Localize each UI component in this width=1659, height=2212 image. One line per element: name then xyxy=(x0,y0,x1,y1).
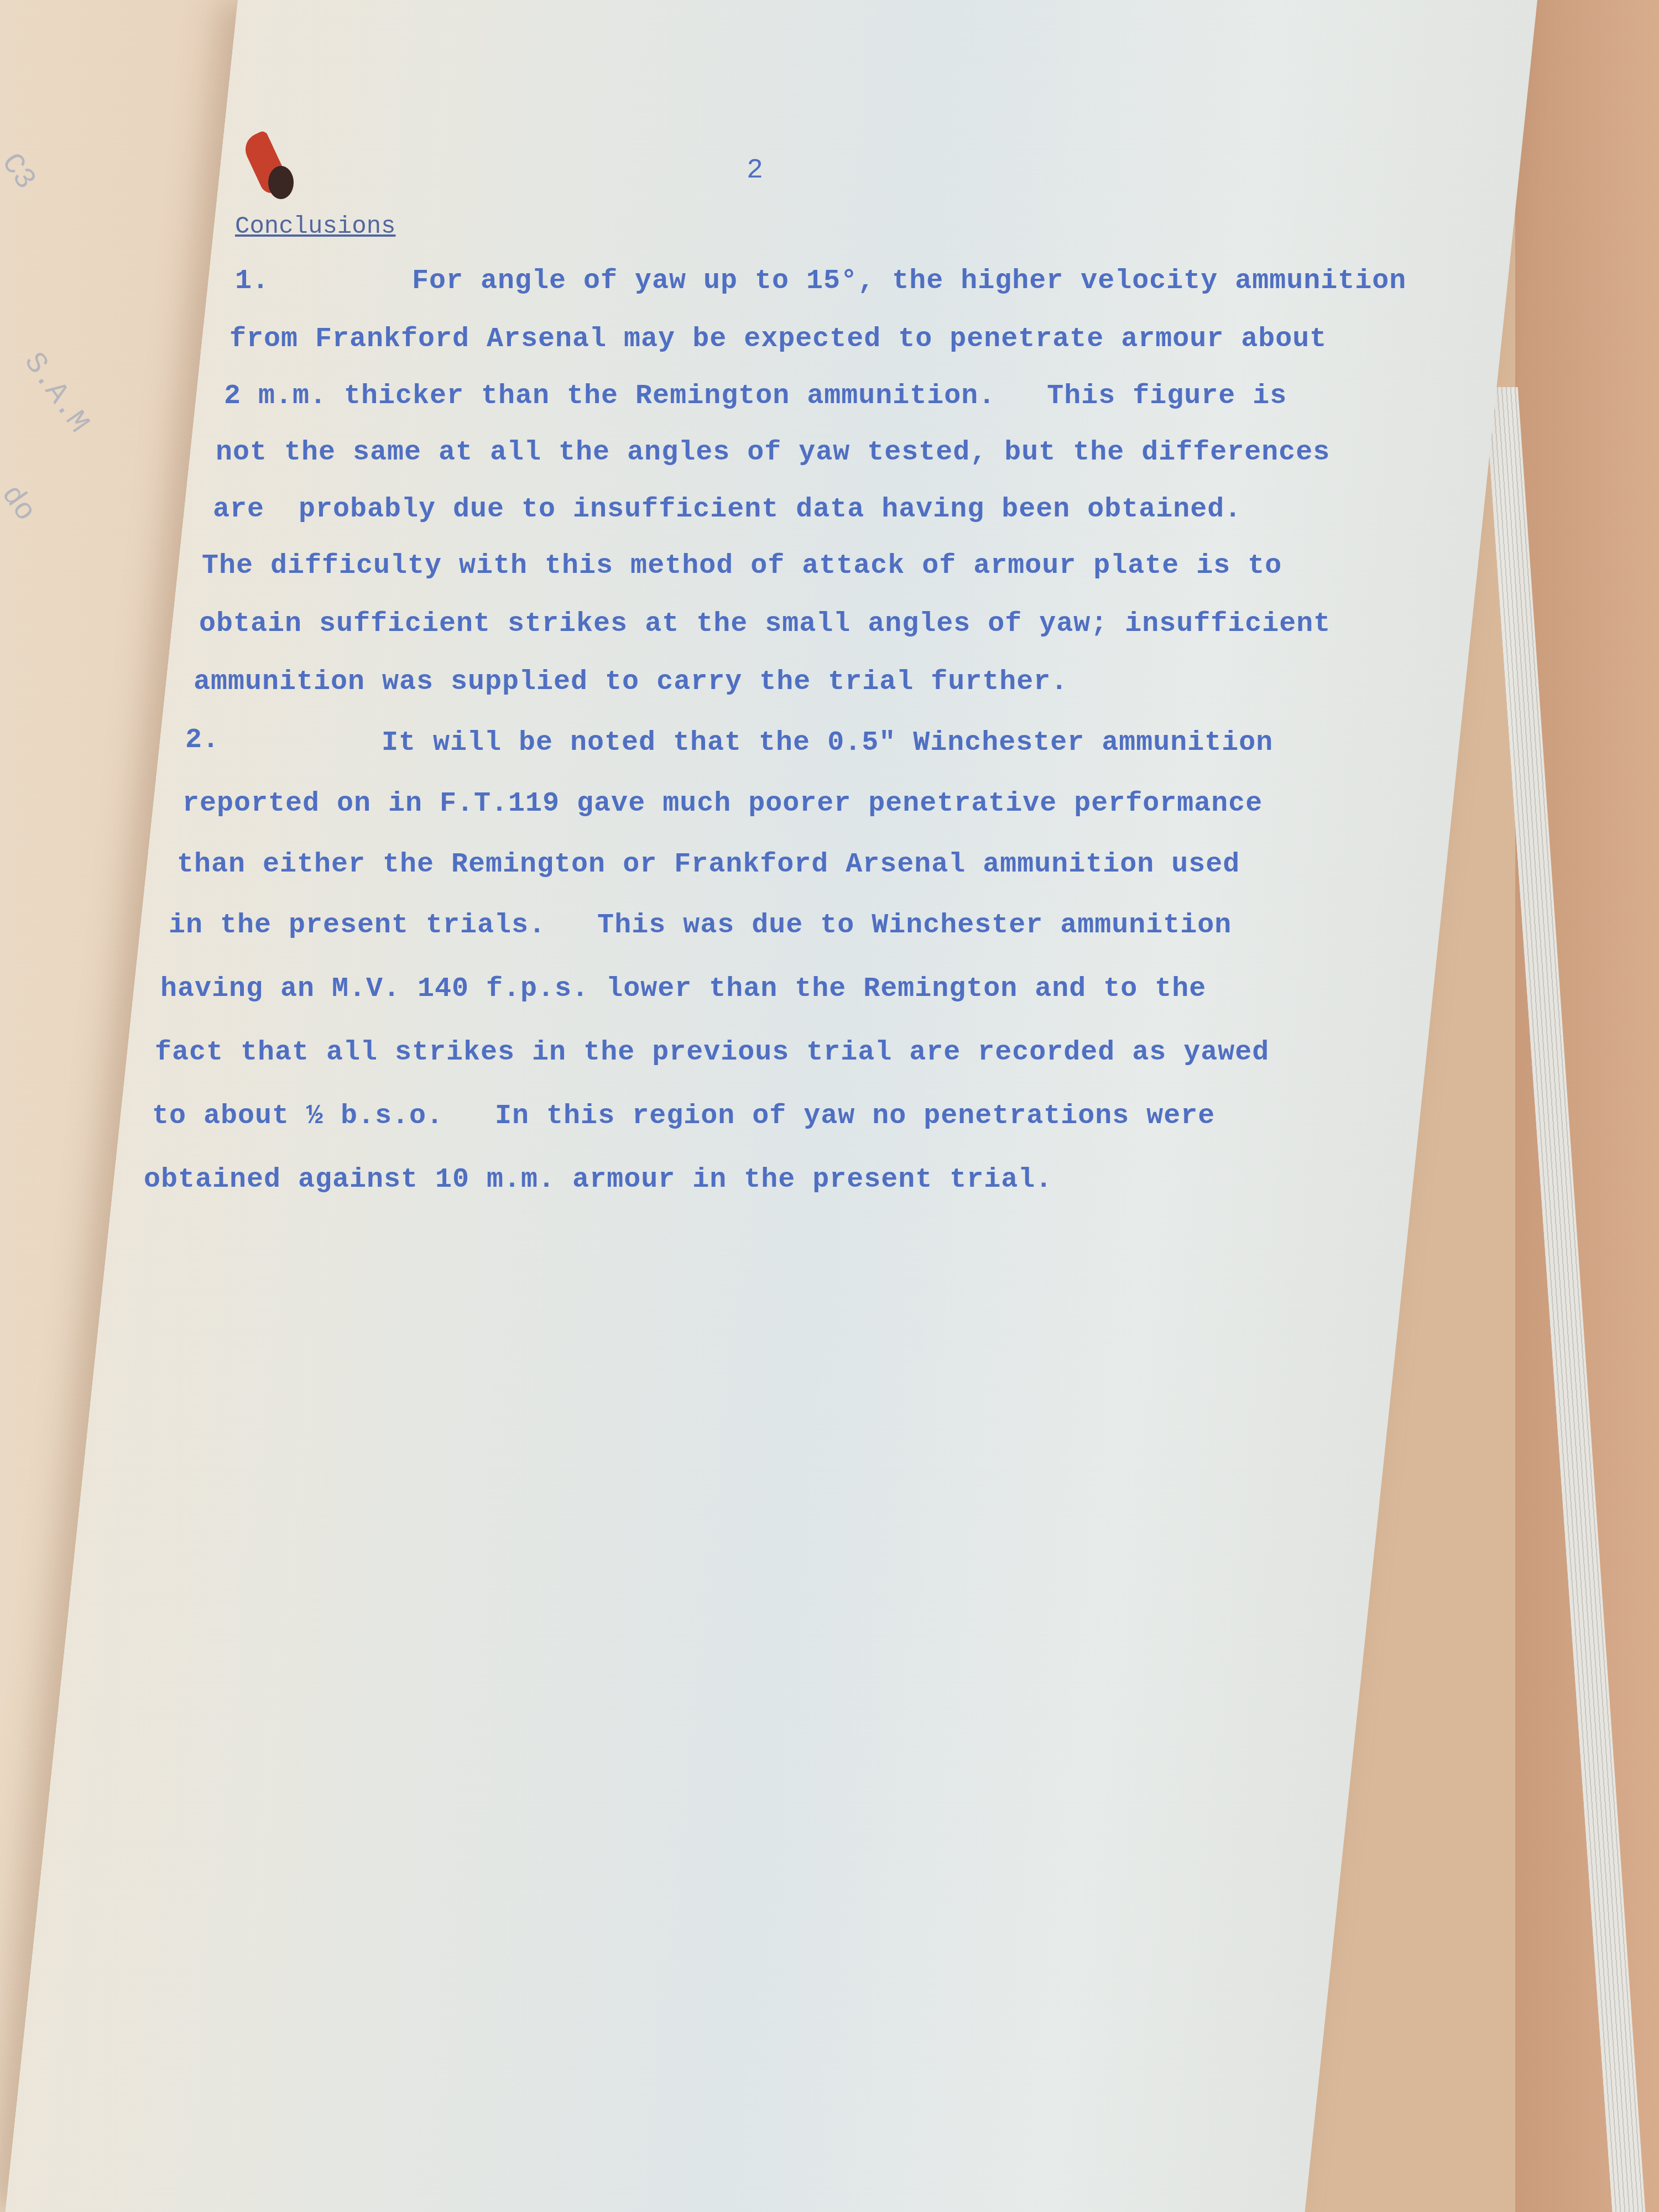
text-line: 2 m.m. thicker than the Remington ammuni… xyxy=(224,380,1287,412)
punch-hole xyxy=(268,166,294,199)
text-line: fact that all strikes in the previous tr… xyxy=(155,1037,1269,1068)
text-line: ammunition was supplied to carry the tri… xyxy=(194,666,1068,698)
text-line: not the same at all the angles of yaw te… xyxy=(216,437,1330,468)
text-line: in the present trials. This was due to W… xyxy=(169,910,1232,941)
text-line: It will be noted that the 0.5" Wincheste… xyxy=(382,727,1273,759)
text-line: from Frankford Arsenal may be expected t… xyxy=(229,324,1327,355)
text-line: obtained against 10 m.m. armour in the p… xyxy=(144,1164,1052,1196)
text-line: The difficulty with this method of attac… xyxy=(202,550,1282,582)
text-line: than either the Remington or Frankford A… xyxy=(177,849,1240,880)
page-number: 2 xyxy=(747,155,764,186)
left-page-stamp-fragment: C3 xyxy=(0,147,42,196)
left-page-stamp-2: do xyxy=(0,479,42,528)
text-line: to about ½ b.s.o. In this region of yaw … xyxy=(152,1100,1215,1132)
paragraph-number: 1. xyxy=(235,265,269,297)
text-line: obtain sufficient strikes at the small a… xyxy=(199,608,1331,640)
text-line: are probably due to insufficient data ha… xyxy=(213,494,1241,525)
section-heading: Conclusions xyxy=(235,213,395,241)
text-line: having an M.V. 140 f.p.s. lower than the… xyxy=(160,973,1206,1005)
paragraph-number: 2. xyxy=(185,724,220,756)
text-line: reported on in F.T.119 gave much poorer … xyxy=(182,788,1262,820)
left-page-stamp: S.A.M xyxy=(17,347,96,440)
text-line: For angle of yaw up to 15°, the higher v… xyxy=(412,265,1406,297)
